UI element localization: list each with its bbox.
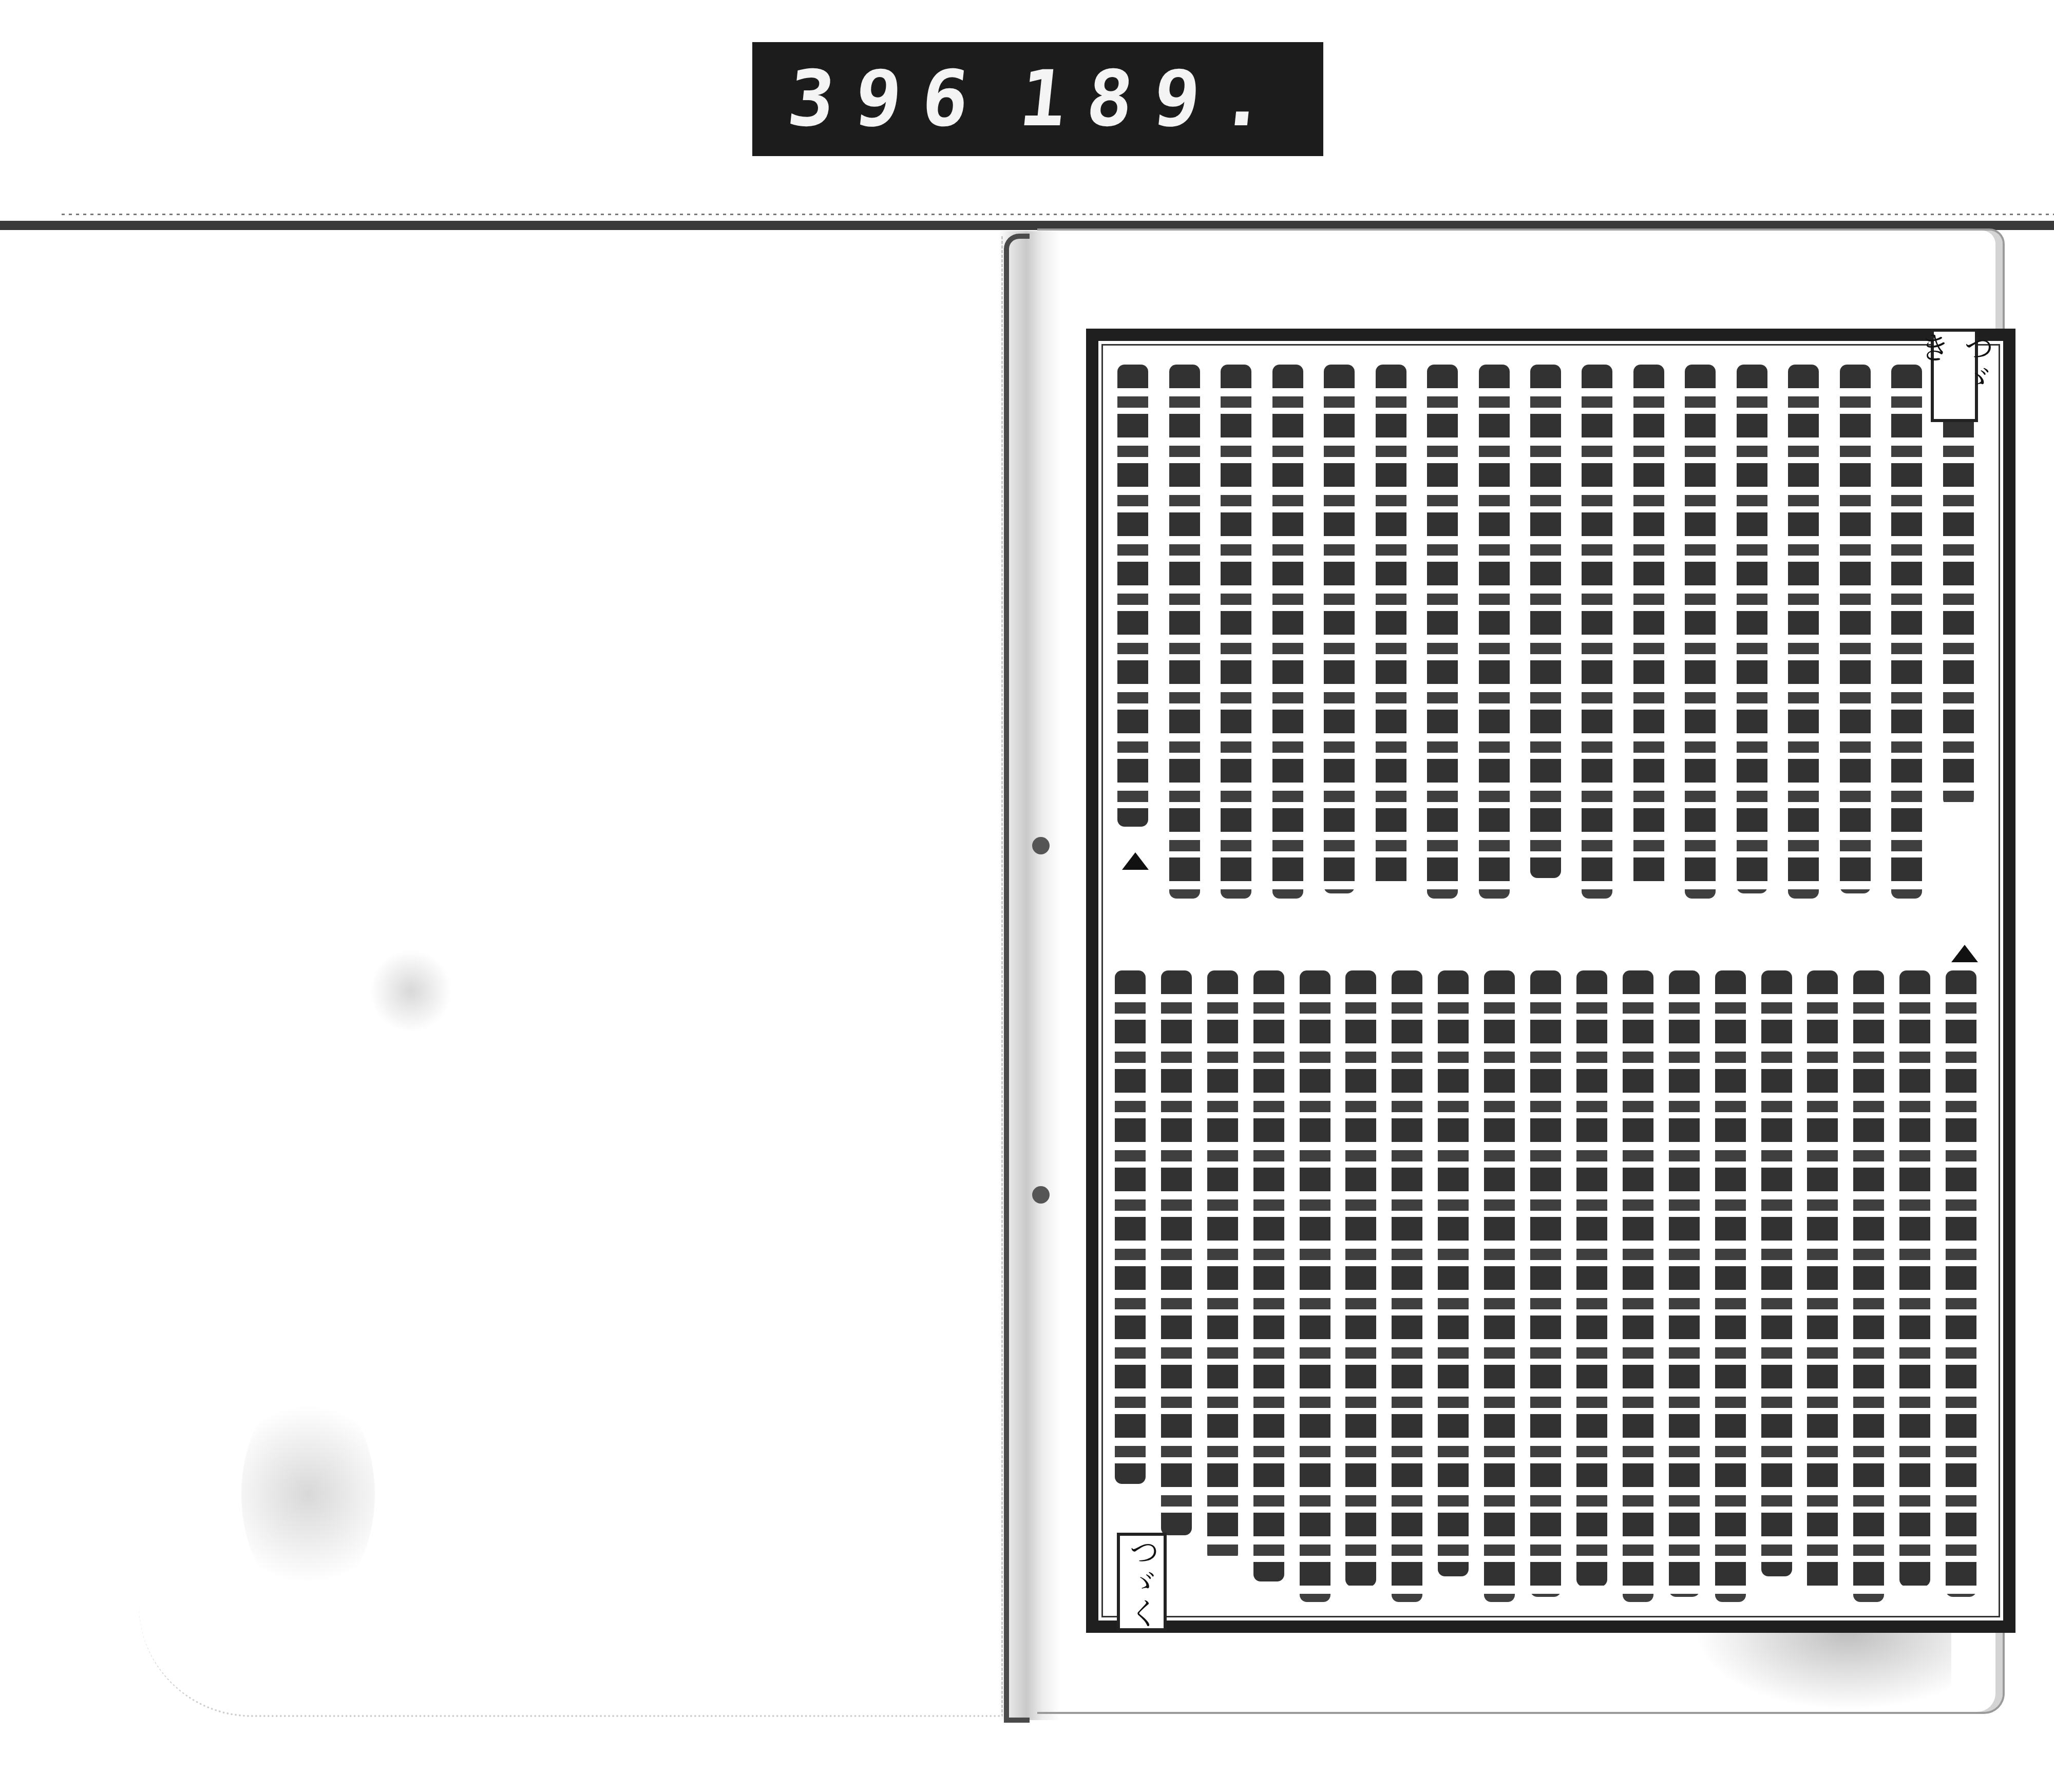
text-column: [1212, 359, 1260, 904]
accession-number-plate: 396 189.: [752, 42, 1323, 156]
text-column: [1294, 965, 1336, 1607]
text-column: [1780, 359, 1827, 904]
spine-fold-edge: [1004, 234, 1030, 1723]
text-column: [1801, 965, 1843, 1607]
text-column: [1109, 965, 1151, 1607]
section-end-triangle-icon: [1122, 852, 1149, 870]
text-column: [1155, 965, 1197, 1607]
text-column: [1756, 965, 1798, 1607]
text-column: [1935, 359, 1982, 904]
section-start-triangle-icon: [1951, 945, 1978, 962]
text-column: [1470, 359, 1517, 904]
text-column: [1617, 965, 1659, 1607]
text-column: [1340, 965, 1382, 1607]
continued-from-label: つゞき: [1931, 329, 1978, 422]
text-column: [1248, 965, 1290, 1607]
scan-edge-line: [62, 214, 2054, 215]
page-stain: [241, 1386, 375, 1602]
text-column: [1728, 359, 1776, 904]
page-stain: [370, 950, 452, 1032]
text-column: [1419, 359, 1466, 904]
text-column: [1202, 965, 1244, 1607]
text-column: [1883, 359, 1930, 904]
text-column: [1894, 965, 1936, 1607]
accession-number-left: 396: [784, 54, 994, 144]
text-column: [1709, 965, 1752, 1607]
text-column: [1940, 965, 1982, 1607]
text-block-top: [1109, 359, 1982, 904]
text-column: [1663, 965, 1705, 1607]
text-column: [1625, 359, 1672, 904]
text-column: [1432, 965, 1474, 1607]
text-block-bottom: [1109, 965, 1982, 1607]
text-column: [1677, 359, 1724, 904]
text-column: [1832, 359, 1879, 904]
text-column: [1316, 359, 1363, 904]
text-column: [1522, 359, 1569, 904]
text-column: [1573, 359, 1621, 904]
text-column: [1571, 965, 1613, 1607]
text-column: [1478, 965, 1520, 1607]
text-column: [1525, 965, 1567, 1607]
accession-number-right: 189.: [1015, 54, 1292, 144]
text-column: [1386, 965, 1428, 1607]
text-column: [1367, 359, 1414, 904]
text-column: [1161, 359, 1208, 904]
text-column: [1848, 965, 1890, 1607]
text-column: [1109, 359, 1156, 904]
continued-label: つゞく: [1117, 1533, 1167, 1631]
text-column: [1264, 359, 1311, 904]
